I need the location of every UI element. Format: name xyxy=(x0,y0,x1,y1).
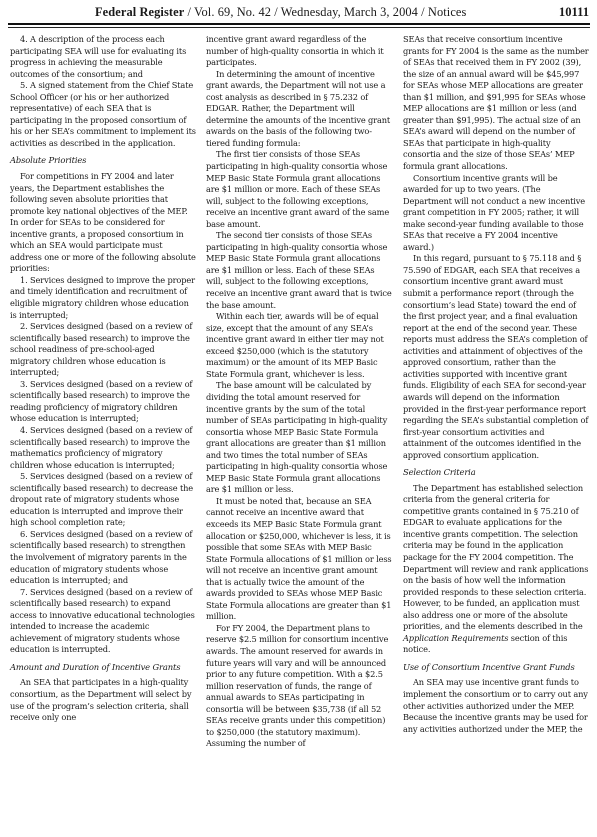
priority-item: 1. Services designed to improve the prop… xyxy=(10,275,196,321)
paragraph: 4. A description of the process each par… xyxy=(10,34,196,80)
paragraph: The second tier consists of those SEAs p… xyxy=(206,230,392,311)
paragraph: In this regard, pursuant to § 75.118 and… xyxy=(403,253,589,461)
priority-item: 7. Services designed (based on a review … xyxy=(10,587,196,656)
column-2: incentive grant award regardless of the … xyxy=(206,34,392,750)
page-number: 10111 xyxy=(559,5,589,20)
priority-item: 4. Services designed (based on a review … xyxy=(10,425,196,471)
paragraph: The base amount will be calculated by di… xyxy=(206,380,392,495)
paragraph: SEAs that receive consortium incentive g… xyxy=(403,34,589,173)
column-3: SEAs that receive consortium incentive g… xyxy=(403,34,589,735)
paragraph: An SEA that participates in a high-quali… xyxy=(10,677,196,723)
paragraph: incentive grant award regardless of the … xyxy=(206,34,392,69)
priority-item: 2. Services designed (based on a review … xyxy=(10,321,196,379)
publication-name: Federal Register xyxy=(95,5,184,19)
section-heading-absolute-priorities: Absolute Priorities xyxy=(10,155,196,167)
paragraph: 5. A signed statement from the Chief Sta… xyxy=(10,80,196,149)
paragraph: It must be noted that, because an SEA ca… xyxy=(206,496,392,623)
paragraph: The Department has established selection… xyxy=(403,483,589,656)
priority-item: 5. Services designed (based on a review … xyxy=(10,471,196,529)
header-citation: Federal Register / Vol. 69, No. 42 / Wed… xyxy=(95,5,466,20)
paragraph: An SEA may use incentive grant funds to … xyxy=(403,677,589,735)
text-run: The Department has established selection… xyxy=(403,483,588,632)
section-heading-use-of-funds: Use of Consortium Incentive Grant Funds xyxy=(403,662,589,674)
paragraph: Within each tier, awards will be of equa… xyxy=(206,311,392,380)
column-1: 4. A description of the process each par… xyxy=(10,34,196,724)
paragraph: Consortium incentive grants will be awar… xyxy=(403,173,589,254)
header-rule-thin xyxy=(8,27,590,28)
paragraph: For competitions in FY 2004 and later ye… xyxy=(10,171,196,275)
priority-item: 6. Services designed (based on a review … xyxy=(10,529,196,587)
priority-item: 3. Services designed (based on a review … xyxy=(10,379,196,425)
paragraph: In determining the amount of incentive g… xyxy=(206,69,392,150)
page-header: Federal Register / Vol. 69, No. 42 / Wed… xyxy=(0,0,597,24)
issue-info: / Vol. 69, No. 42 / Wednesday, March 3, … xyxy=(184,5,466,19)
italic-reference: Application Requirements xyxy=(403,633,508,643)
header-rule-thick xyxy=(8,23,590,25)
section-heading-selection-criteria: Selection Criteria xyxy=(403,467,589,479)
section-heading-amount-duration: Amount and Duration of Incentive Grants xyxy=(10,662,196,674)
paragraph: For FY 2004, the Department plans to res… xyxy=(206,623,392,750)
paragraph: The first tier consists of those SEAs pa… xyxy=(206,149,392,230)
